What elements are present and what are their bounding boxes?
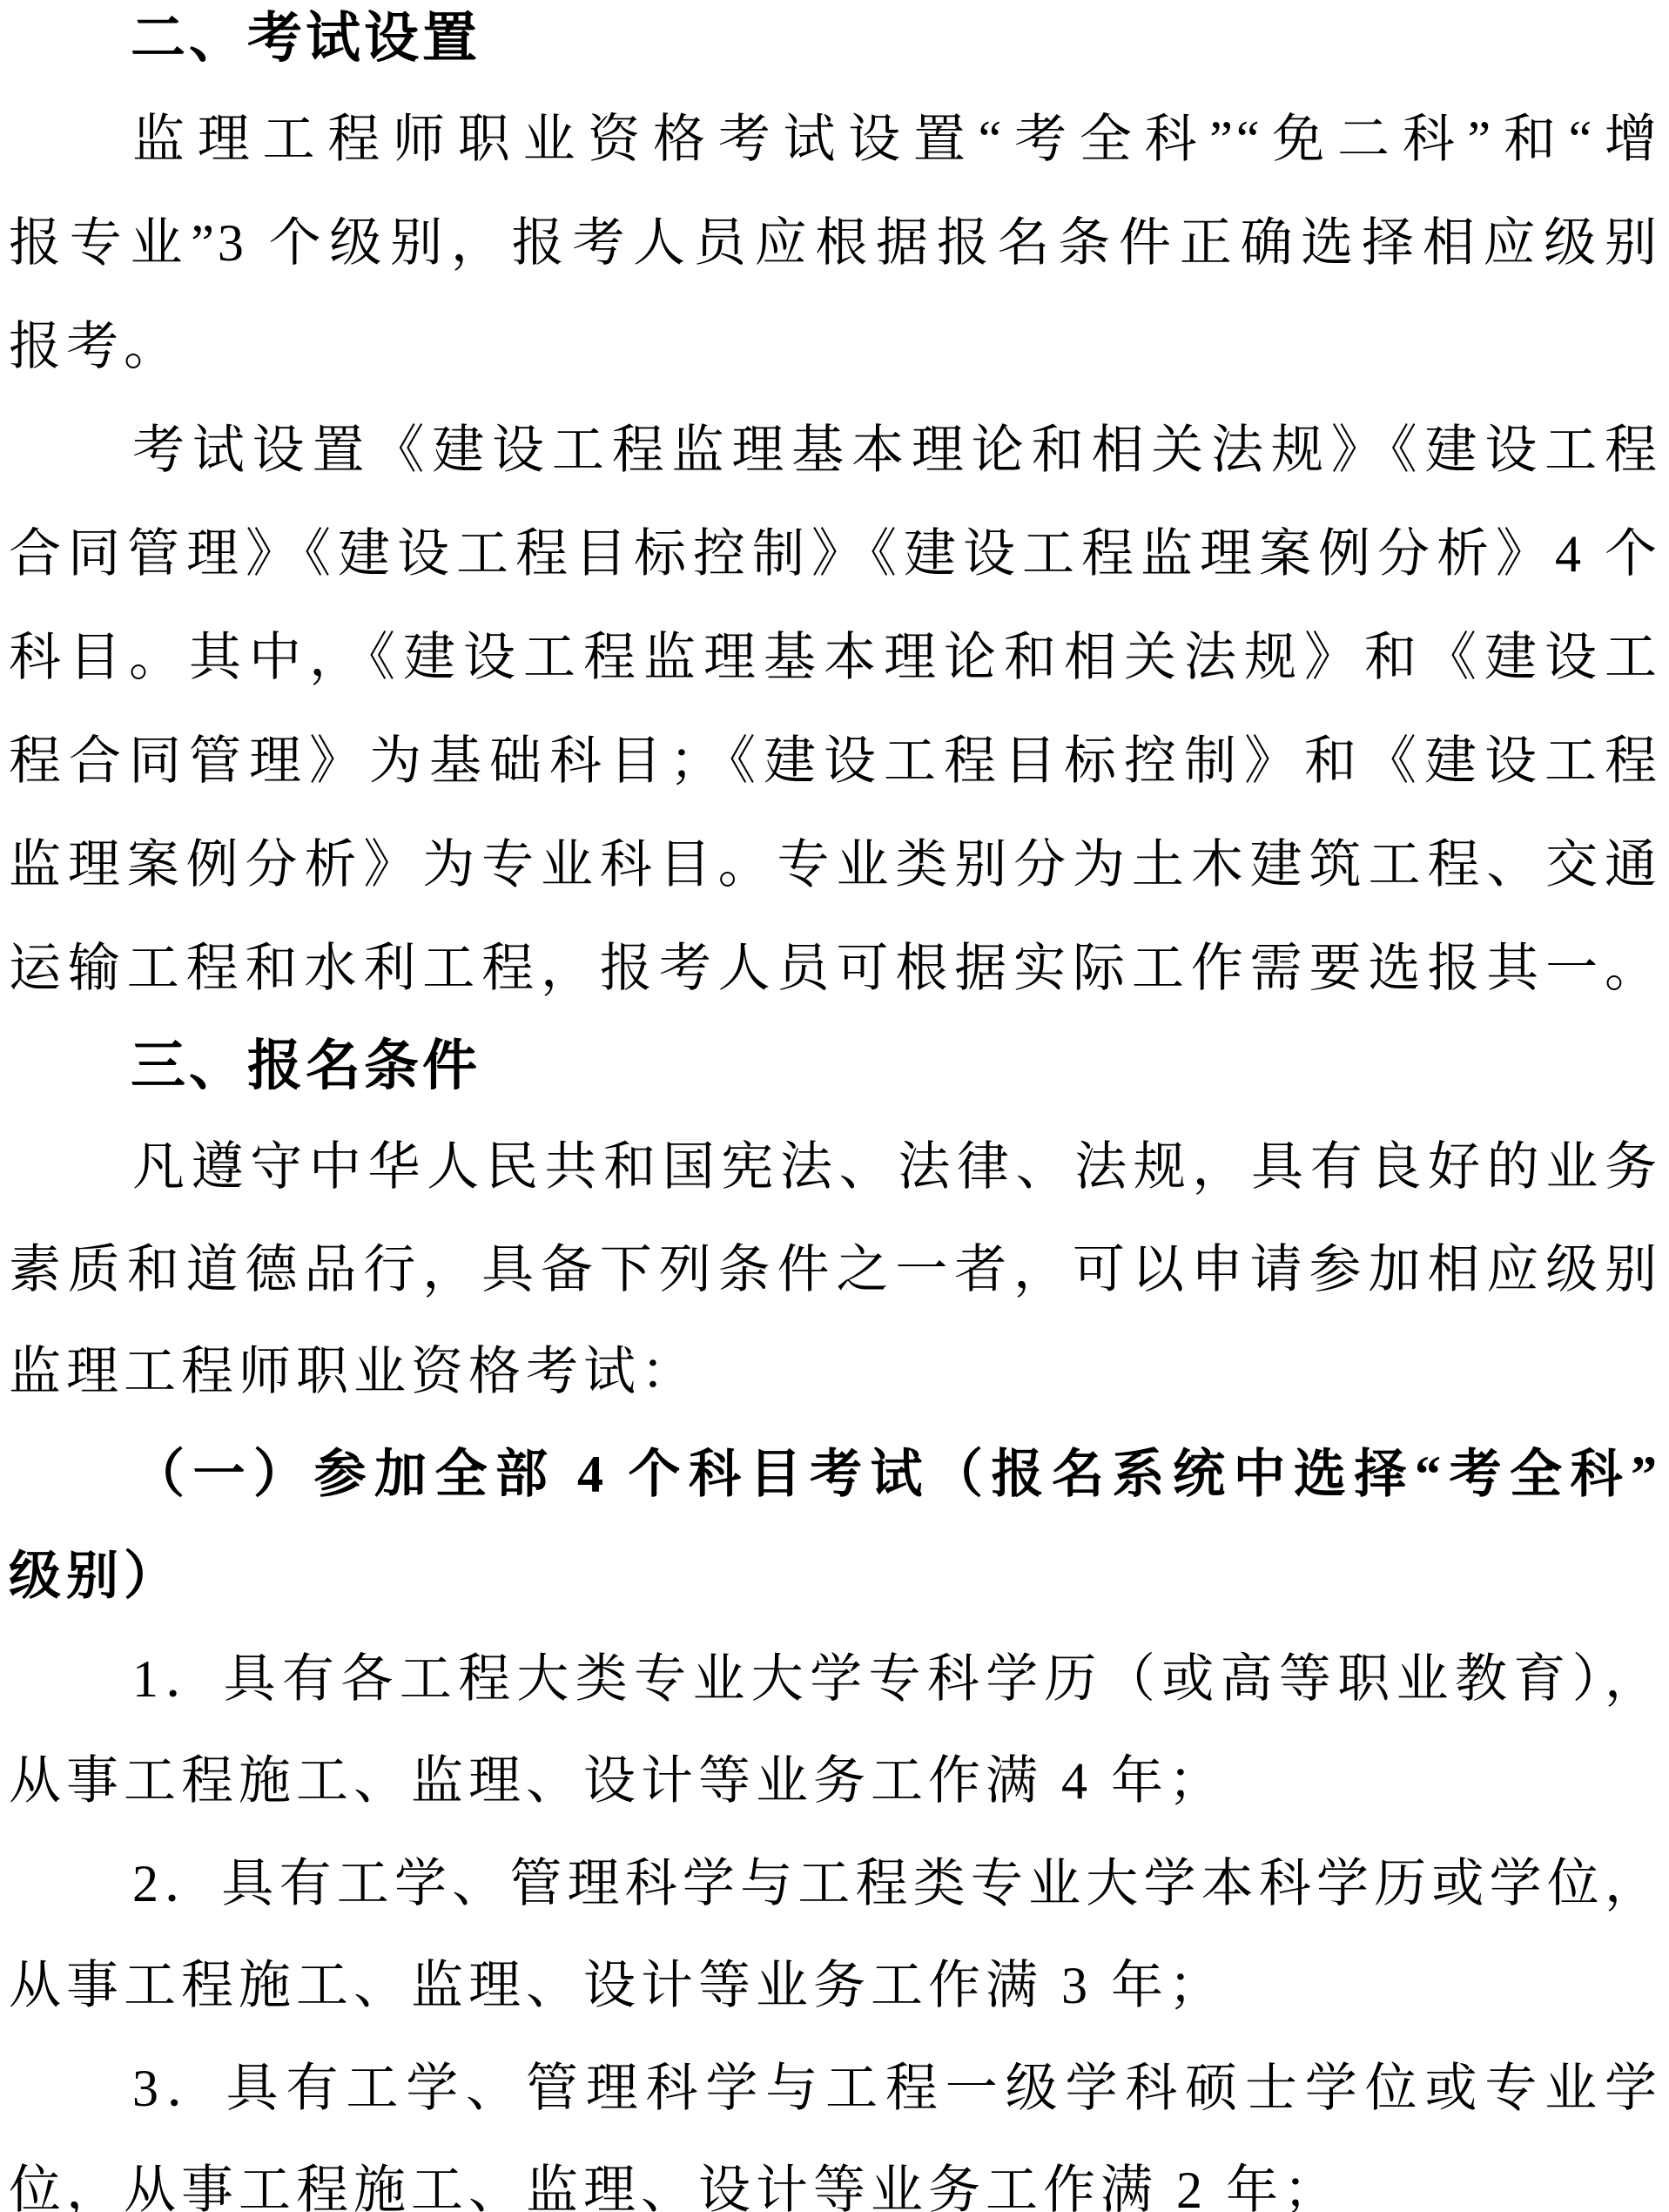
paragraph-line: 报专业”3 个级别，报考人员应根据报名条件正确选择相应级别 [9,215,1660,271]
paragraph-line: 科目。其中，《建设工程监理基本理论和相关法规》和《建设工 [9,630,1660,685]
section-heading-exam-settings: 二、考试设置 [131,9,481,68]
clause-heading-line: （一）参加全部 4 个科目考试（报名系统中选择“考全科” [132,1447,1660,1502]
paragraph-line: 报考。 [9,319,181,374]
paragraph-line: 凡遵守中华人民共和国宪法、法律、法规，具有良好的业务 [132,1139,1660,1195]
document-page: 二、考试设置 监理工程师职业资格考试设置“考全科”“免二科”和“增 报专业”3 … [0,0,1669,2212]
list-item-line: 1．具有各工程大类专业大学专科学历（或高等职业教育）， [132,1651,1660,1707]
paragraph-line: 程合同管理》为基础科目；《建设工程目标控制》和《建设工程 [9,733,1660,789]
paragraph-line: 考试设置《建设工程监理基本理论和相关法规》《建设工程 [132,422,1660,478]
paragraph-line: 监理案例分析》为专业科目。专业类别分为土木建筑工程、交通 [9,837,1660,893]
section-heading-registration-conditions: 三、报名条件 [131,1036,481,1096]
paragraph-line: 监理工程师职业资格考试设置“考全科”“免二科”和“增 [132,111,1660,167]
list-item-line: 位，从事工程施工、监理、设计等业务工作满 2 年； [9,2162,1341,2212]
paragraph-line: 运输工程和水利工程，报考人员可根据实际工作需要选报其一。 [9,941,1660,996]
list-item-line: 3．具有工学、管理科学与工程一级学科硕士学位或专业学 [132,2060,1660,2116]
list-item-line: 从事工程施工、监理、设计等业务工作满 4 年； [9,1753,1226,1809]
list-item-line: 2．具有工学、管理科学与工程类专业大学本科学历或学位， [132,1856,1660,1912]
list-item-line: 从事工程施工、监理、设计等业务工作满 3 年； [9,1958,1226,2013]
paragraph-line: 合同管理》《建设工程目标控制》《建设工程监理案例分析》4 个 [9,526,1660,582]
clause-heading-line: 级别） [9,1548,181,1604]
paragraph-line: 监理工程师职业资格考试： [9,1344,698,1399]
paragraph-line: 素质和道德品行，具备下列条件之一者，可以申请参加相应级别 [9,1242,1660,1298]
